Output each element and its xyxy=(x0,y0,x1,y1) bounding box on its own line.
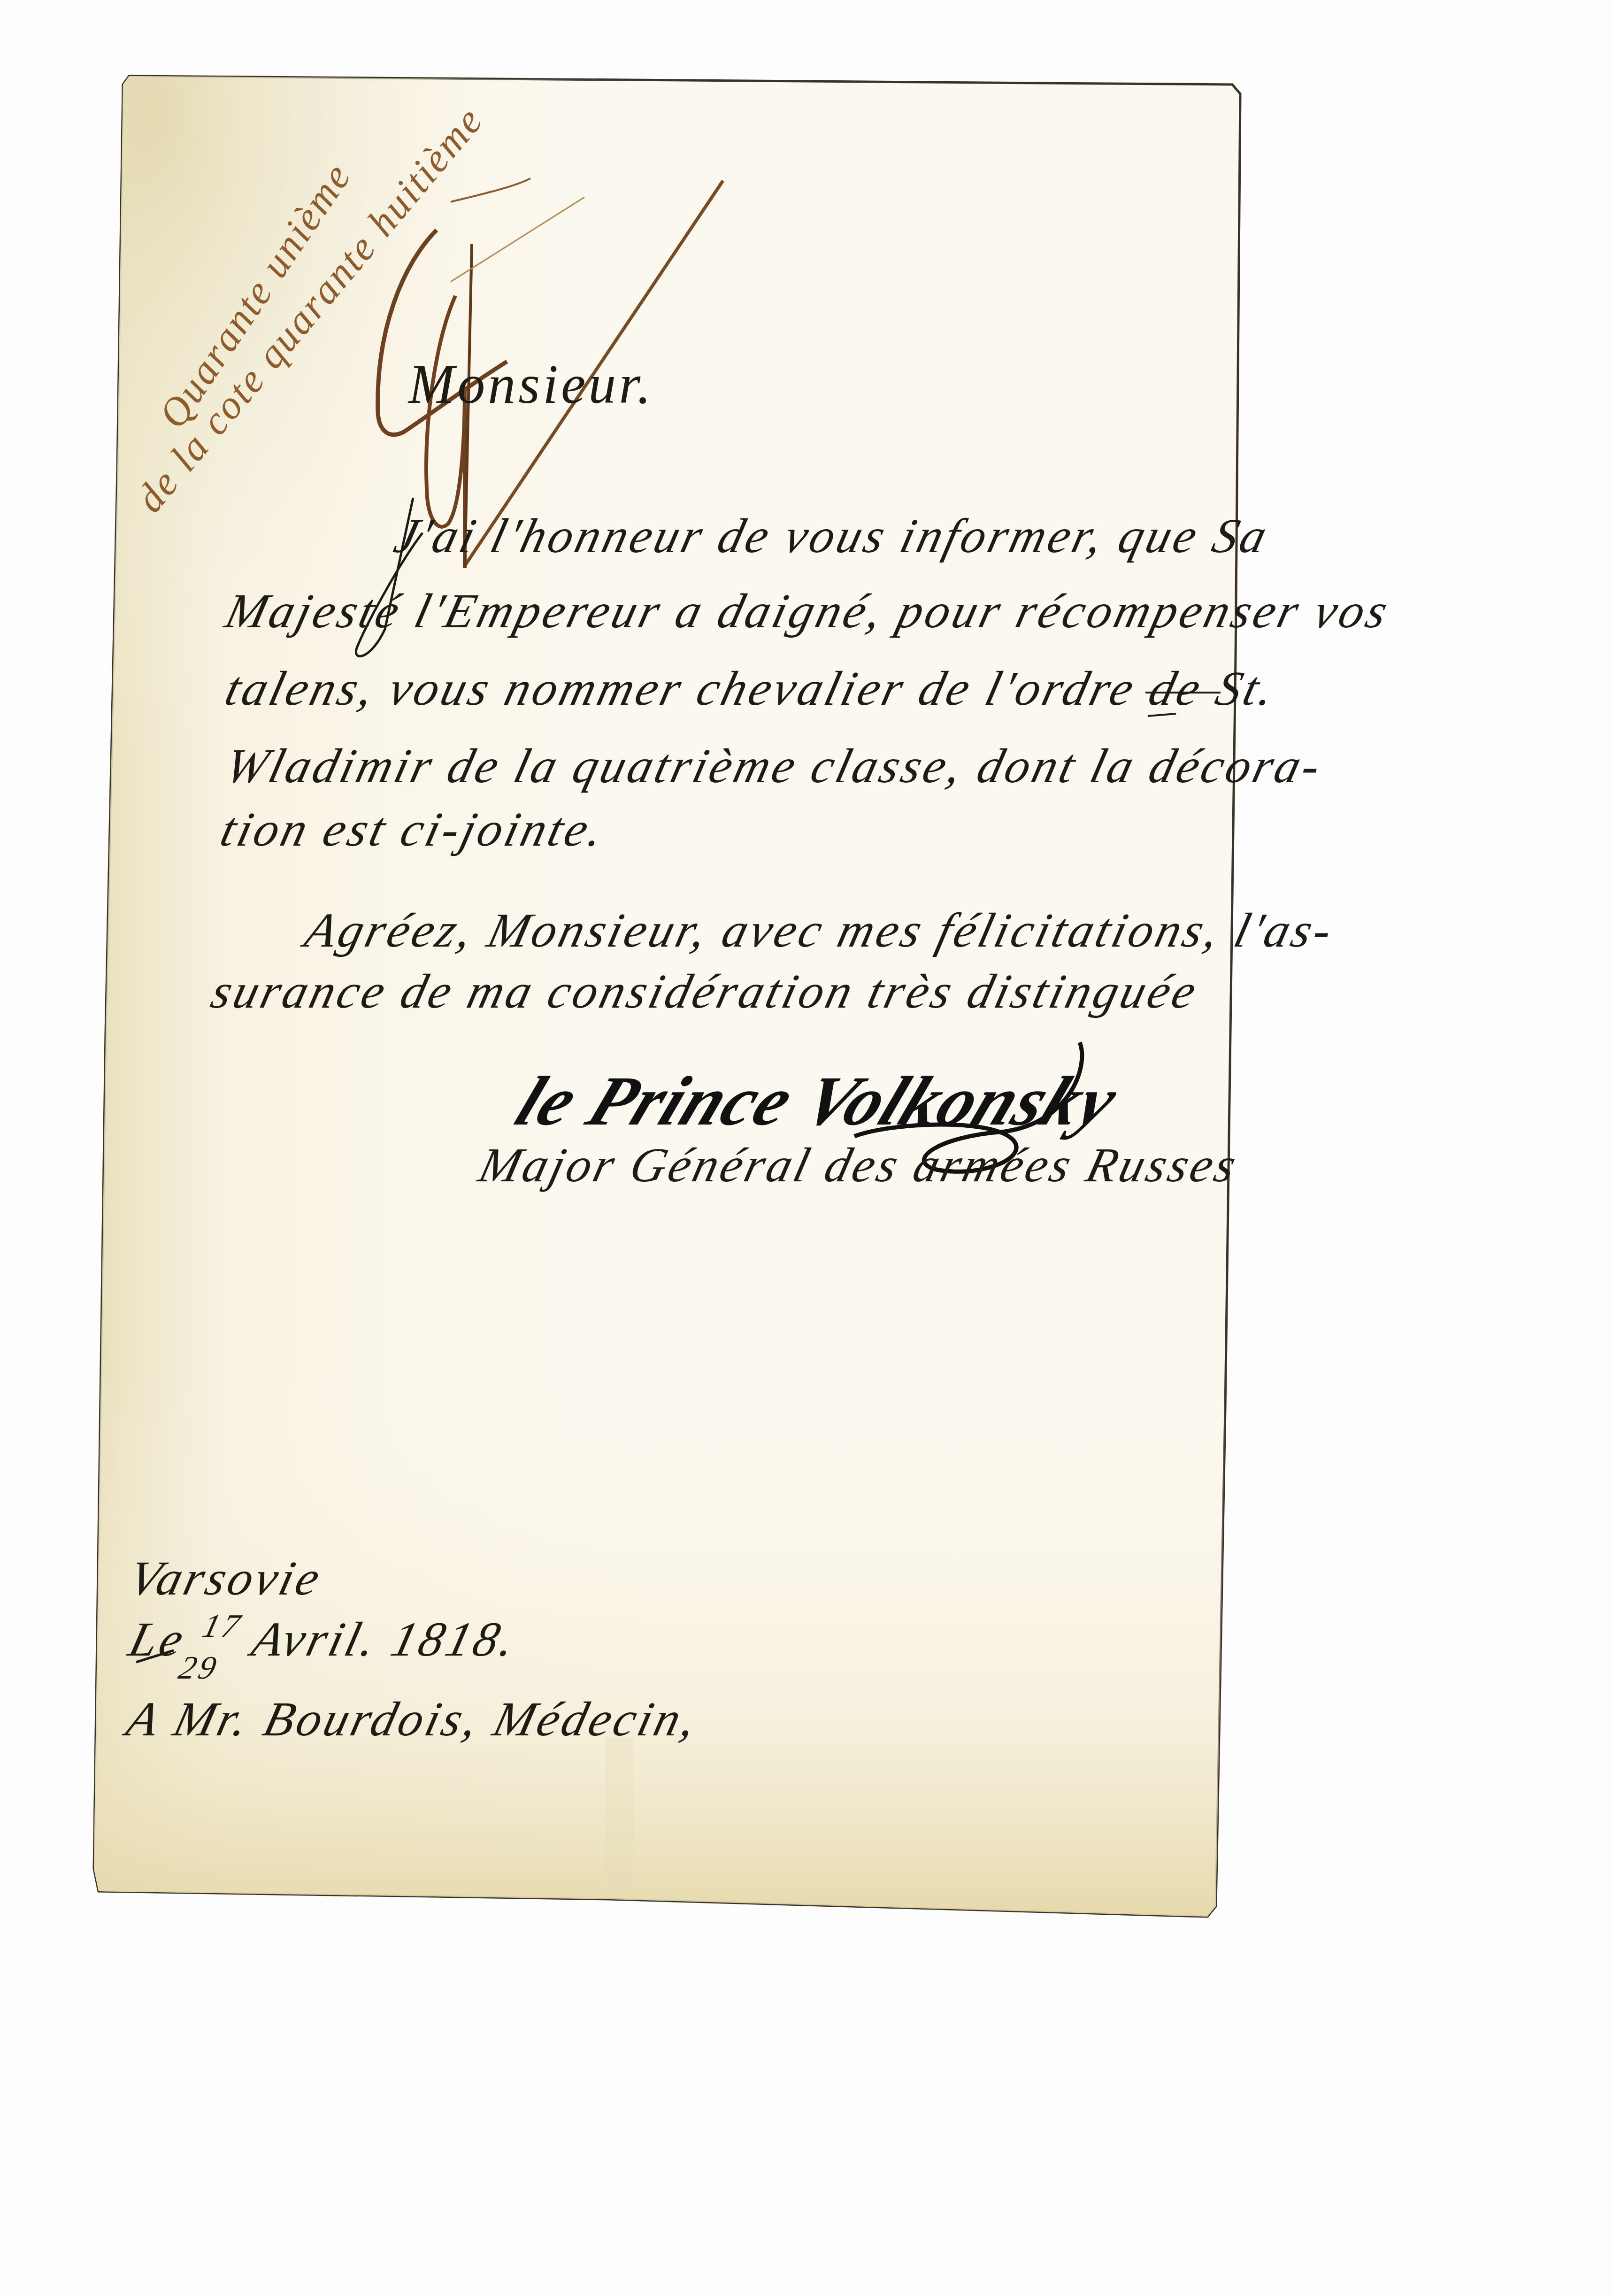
body-line-5: tion est ci-jointe. xyxy=(216,805,611,854)
body-line-3: talens, vous nommer chevalier de l'ordre… xyxy=(221,664,1282,713)
signature: le Prince Volkonsky xyxy=(507,1066,1129,1136)
signature-title: Major Général des armées Russes xyxy=(474,1141,1244,1190)
salutation: Monsieur. xyxy=(408,357,654,412)
body-line-1: J'ai l'honneur de vous informer, que Sa xyxy=(390,512,1274,561)
date-day-new-style: 29 xyxy=(176,1652,222,1685)
closing-line-1: Agréez, Monsieur, avec mes félicitations… xyxy=(300,906,1339,955)
footer-date: Le 17 29 Avril. 1818. xyxy=(124,1615,522,1664)
date-day-old-style: 17 xyxy=(199,1608,246,1644)
footer-place: Varsovie xyxy=(124,1554,327,1603)
body-line-2: Majesté l'Empereur a daigné, pour récomp… xyxy=(221,587,1395,636)
body-line-4: Wladimir de la quatrième classe, dont la… xyxy=(221,742,1328,791)
date-rest: Avril. 1818. xyxy=(247,1612,523,1666)
closing-line-2: surance de ma considération très disting… xyxy=(207,967,1204,1016)
footer-recipient: A Mr. Bourdois, Médecin, xyxy=(122,1695,704,1744)
